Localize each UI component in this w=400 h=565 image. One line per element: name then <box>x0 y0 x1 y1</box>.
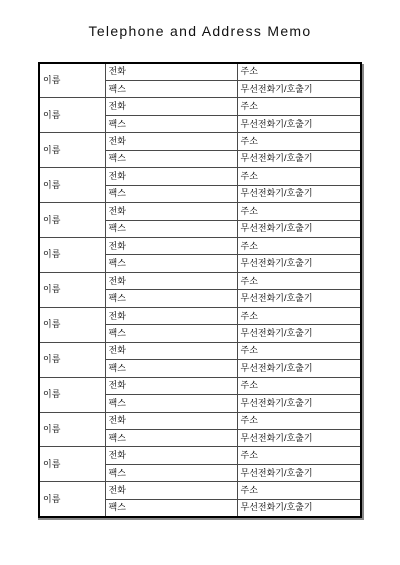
fax-cell: 팩스 <box>105 115 237 132</box>
phone-cell: 전화 <box>105 98 237 115</box>
phone-cell: 전화 <box>105 377 237 394</box>
memo-block-row-top: 이름전화주소 <box>39 98 361 115</box>
name-cell: 이름 <box>39 238 105 273</box>
phone-cell: 전화 <box>105 203 237 220</box>
wireless-pager-cell: 무선전화기/호출기 <box>237 430 361 447</box>
memo-block-row-top: 이름전화주소 <box>39 447 361 464</box>
memo-block-row-top: 이름전화주소 <box>39 272 361 289</box>
memo-block-row-top: 이름전화주소 <box>39 168 361 185</box>
phone-cell: 전화 <box>105 63 237 80</box>
phone-cell: 전화 <box>105 482 237 499</box>
phone-cell: 전화 <box>105 133 237 150</box>
fax-cell: 팩스 <box>105 220 237 237</box>
fax-cell: 팩스 <box>105 430 237 447</box>
memo-block-row-top: 이름전화주소 <box>39 203 361 220</box>
address-cell: 주소 <box>237 342 361 359</box>
name-cell: 이름 <box>39 342 105 377</box>
fax-cell: 팩스 <box>105 290 237 307</box>
memo-block-row-top: 이름전화주소 <box>39 412 361 429</box>
name-cell: 이름 <box>39 133 105 168</box>
name-cell: 이름 <box>39 482 105 517</box>
memo-block-row-top: 이름전화주소 <box>39 63 361 80</box>
phone-cell: 전화 <box>105 168 237 185</box>
fax-cell: 팩스 <box>105 395 237 412</box>
address-cell: 주소 <box>237 63 361 80</box>
memo-block-row-top: 이름전화주소 <box>39 133 361 150</box>
wireless-pager-cell: 무선전화기/호출기 <box>237 115 361 132</box>
wireless-pager-cell: 무선전화기/호출기 <box>237 360 361 377</box>
address-cell: 주소 <box>237 482 361 499</box>
address-cell: 주소 <box>237 447 361 464</box>
wireless-pager-cell: 무선전화기/호출기 <box>237 185 361 202</box>
fax-cell: 팩스 <box>105 499 237 517</box>
memo-block-row-top: 이름전화주소 <box>39 377 361 394</box>
wireless-pager-cell: 무선전화기/호출기 <box>237 220 361 237</box>
address-cell: 주소 <box>237 377 361 394</box>
page-title: Telephone and Address Memo <box>0 23 400 39</box>
phone-cell: 전화 <box>105 447 237 464</box>
memo-block-row-top: 이름전화주소 <box>39 482 361 499</box>
name-cell: 이름 <box>39 307 105 342</box>
memo-block-row-top: 이름전화주소 <box>39 342 361 359</box>
name-cell: 이름 <box>39 412 105 447</box>
wireless-pager-cell: 무선전화기/호출기 <box>237 395 361 412</box>
fax-cell: 팩스 <box>105 80 237 97</box>
wireless-pager-cell: 무선전화기/호출기 <box>237 150 361 167</box>
wireless-pager-cell: 무선전화기/호출기 <box>237 80 361 97</box>
wireless-pager-cell: 무선전화기/호출기 <box>237 325 361 342</box>
memo-table: 이름전화주소팩스무선전화기/호출기이름전화주소팩스무선전화기/호출기이름전화주소… <box>38 62 362 518</box>
fax-cell: 팩스 <box>105 325 237 342</box>
memo-block-row-top: 이름전화주소 <box>39 307 361 324</box>
wireless-pager-cell: 무선전화기/호출기 <box>237 255 361 272</box>
memo-block-row-top: 이름전화주소 <box>39 238 361 255</box>
fax-cell: 팩스 <box>105 464 237 481</box>
fax-cell: 팩스 <box>105 360 237 377</box>
name-cell: 이름 <box>39 203 105 238</box>
phone-cell: 전화 <box>105 307 237 324</box>
address-cell: 주소 <box>237 412 361 429</box>
fax-cell: 팩스 <box>105 255 237 272</box>
fax-cell: 팩스 <box>105 185 237 202</box>
phone-cell: 전화 <box>105 238 237 255</box>
wireless-pager-cell: 무선전화기/호출기 <box>237 499 361 517</box>
address-cell: 주소 <box>237 307 361 324</box>
address-cell: 주소 <box>237 168 361 185</box>
page: Telephone and Address Memo 이름전화주소팩스무선전화기… <box>0 0 400 565</box>
address-cell: 주소 <box>237 238 361 255</box>
name-cell: 이름 <box>39 447 105 482</box>
name-cell: 이름 <box>39 98 105 133</box>
address-cell: 주소 <box>237 272 361 289</box>
address-cell: 주소 <box>237 203 361 220</box>
wireless-pager-cell: 무선전화기/호출기 <box>237 464 361 481</box>
name-cell: 이름 <box>39 63 105 98</box>
address-cell: 주소 <box>237 133 361 150</box>
memo-table-body: 이름전화주소팩스무선전화기/호출기이름전화주소팩스무선전화기/호출기이름전화주소… <box>39 63 361 517</box>
name-cell: 이름 <box>39 168 105 203</box>
phone-cell: 전화 <box>105 412 237 429</box>
address-cell: 주소 <box>237 98 361 115</box>
phone-cell: 전화 <box>105 272 237 289</box>
phone-cell: 전화 <box>105 342 237 359</box>
name-cell: 이름 <box>39 377 105 412</box>
wireless-pager-cell: 무선전화기/호출기 <box>237 290 361 307</box>
name-cell: 이름 <box>39 272 105 307</box>
fax-cell: 팩스 <box>105 150 237 167</box>
